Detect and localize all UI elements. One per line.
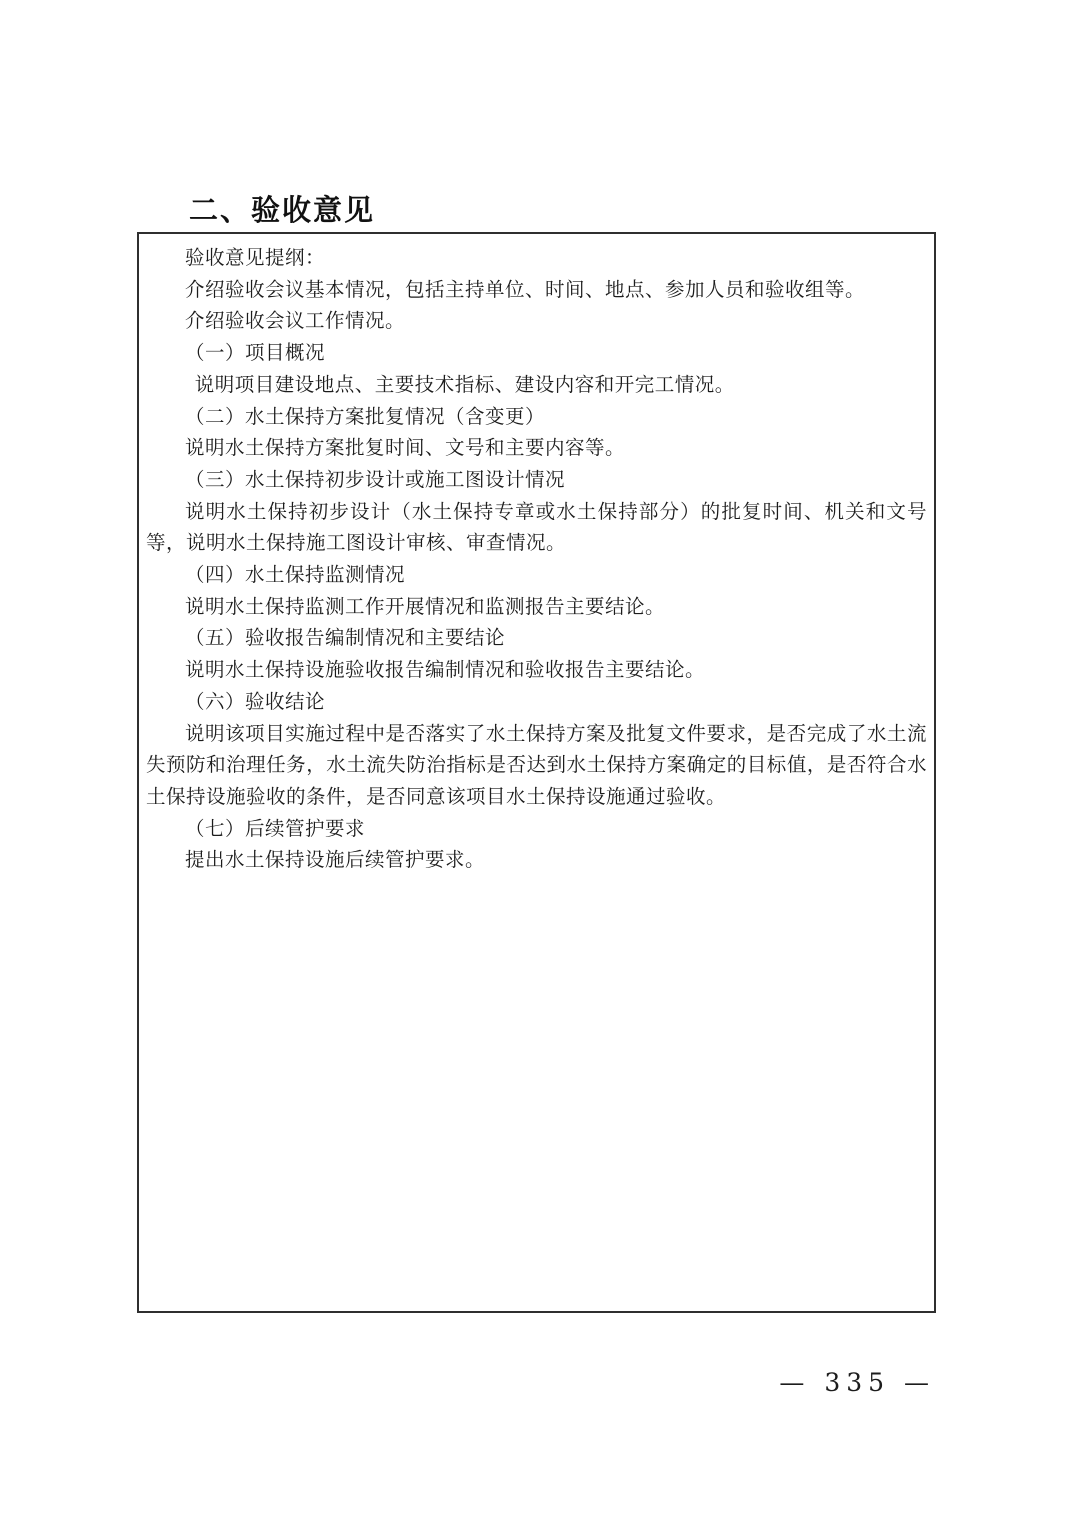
document-page: 二、验收意见 验收意见提纲： 介绍验收会议基本情况，包括主持单位、时间、地点、参… (0, 0, 1074, 1520)
paragraph: 介绍验收会议工作情况。 (146, 306, 927, 338)
paragraph: （三）水土保持初步设计或施工图设计情况 (146, 465, 927, 497)
paragraph: （一）项目概况 (146, 338, 927, 370)
paragraph: （六）验收结论 (146, 687, 927, 719)
paragraph: 提出水土保持设施后续管护要求。 (146, 845, 927, 877)
paragraph: 验收意见提纲： (146, 243, 927, 275)
paragraph: 说明水土保持设施验收报告编制情况和验收报告主要结论。 (146, 655, 927, 687)
opinion-outline-box: 验收意见提纲： 介绍验收会议基本情况，包括主持单位、时间、地点、参加人员和验收组… (137, 232, 936, 1313)
paragraph: （五）验收报告编制情况和主要结论 (146, 623, 927, 655)
paragraph: 说明水土保持监测工作开展情况和监测报告主要结论。 (146, 592, 927, 624)
section-heading: 二、验收意见 (189, 188, 375, 229)
paragraph: 说明该项目实施过程中是否落实了水土保持方案及批复文件要求，是否完成了水土流失预防… (146, 719, 927, 814)
paragraph: 介绍验收会议基本情况，包括主持单位、时间、地点、参加人员和验收组等。 (146, 275, 927, 307)
page-number: — 335 — (779, 1368, 935, 1397)
paragraph: （七）后续管护要求 (146, 814, 927, 846)
paragraph: （二）水土保持方案批复情况（含变更） (146, 402, 927, 434)
paragraph: （四）水土保持监测情况 (146, 560, 927, 592)
paragraph: 说明水土保持方案批复时间、文号和主要内容等。 (146, 433, 927, 465)
paragraph: 说明项目建设地点、主要技术指标、建设内容和开完工情况。 (146, 370, 927, 402)
paragraph: 说明水土保持初步设计（水土保持专章或水土保持部分）的批复时间、机关和文号等，说明… (146, 497, 927, 560)
